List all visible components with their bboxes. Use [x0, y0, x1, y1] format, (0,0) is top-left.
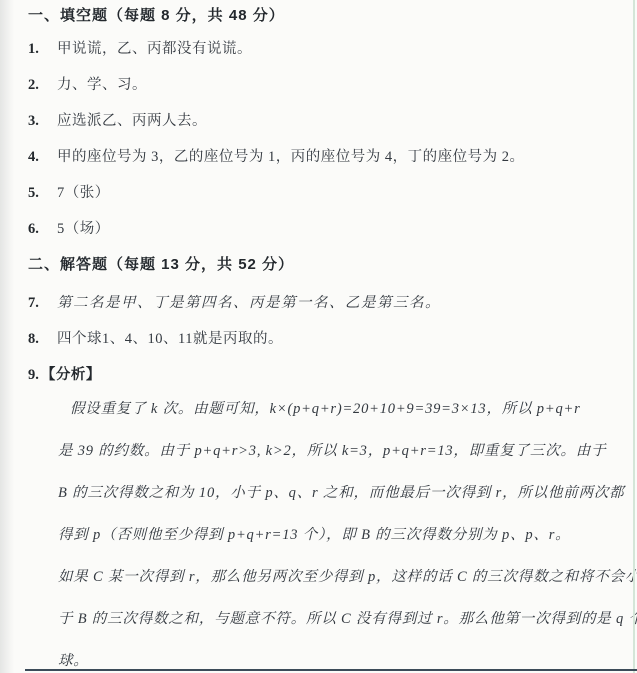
question-answer-text: 甲说谎，乙、丙都没有说谎。: [57, 39, 252, 59]
question-number: 6.: [28, 219, 57, 239]
question-row-9: 9. 【分析】: [28, 365, 607, 385]
question-number: 2.: [28, 75, 57, 95]
question-row-8: 8. 四个球1、4、10、11就是丙取的。: [28, 329, 607, 349]
question-number: 5.: [28, 183, 57, 203]
analysis-label: 【分析】: [41, 365, 101, 385]
question-answer-text: 5（场）: [57, 219, 110, 239]
analysis-line: 于 B 的三次得数之和，与题意不符。所以 C 没有得到过 r。那么他第一次得到的…: [58, 609, 607, 629]
question-answer-text: 四个球1、4、10、11就是丙取的。: [57, 329, 283, 349]
analysis-line: B 的三次得数之和为 10，小于 p、q、r 之和，而他最后一次得到 r，所以他…: [58, 483, 607, 503]
analysis-line: 如果 C 某一次得到 r，那么他另两次至少得到 p，这样的话 C 的三次得数之和…: [58, 567, 607, 587]
question-row-7: 7. 第二名是甲、丁是第四名、丙是第一名、乙是第三名。: [28, 293, 607, 313]
section2-heading: 二、解答题（每题 13 分，共 52 分）: [28, 255, 607, 275]
bottom-rule: [25, 669, 637, 671]
question-row-5: 5. 7（张）: [28, 183, 607, 203]
question-answer-text: 甲的座位号为 3，乙的座位号为 1，丙的座位号为 4，丁的座位号为 2。: [57, 147, 525, 167]
document-content: 一、填空题（每题 8 分，共 48 分） 1. 甲说谎，乙、丙都没有说谎。 2.…: [0, 0, 637, 671]
question-number: 3.: [28, 111, 57, 131]
question-row-1: 1. 甲说谎，乙、丙都没有说谎。: [28, 39, 607, 59]
scanned-answer-sheet: 一、填空题（每题 8 分，共 48 分） 1. 甲说谎，乙、丙都没有说谎。 2.…: [0, 0, 637, 673]
question-row-6: 6. 5（场）: [28, 219, 607, 239]
analysis-paragraph: 假设重复了 k 次。由题可知，k×(p+q+r)=20+10+9=39=3×13…: [58, 399, 607, 671]
question-number: 4.: [28, 147, 57, 167]
question-row-2: 2. 力、学、习。: [28, 75, 607, 95]
question-answer-text: 应选派乙、丙两人去。: [57, 111, 207, 131]
question-number: 9.: [28, 365, 41, 385]
question-row-4: 4. 甲的座位号为 3，乙的座位号为 1，丙的座位号为 4，丁的座位号为 2。: [28, 147, 607, 167]
question-answer-text: 力、学、习。: [57, 75, 147, 95]
analysis-line: 是 39 的约数。由于 p+q+r>3, k>2，所以 k=3，p+q+r=13…: [58, 441, 607, 461]
analysis-line: 球。: [58, 651, 607, 671]
question-row-3: 3. 应选派乙、丙两人去。: [28, 111, 607, 131]
question-number: 1.: [28, 39, 57, 59]
analysis-line: 得到 p（否则他至少得到 p+q+r=13 个），即 B 的三次得数分别为 p、…: [58, 525, 607, 545]
question-number: 8.: [28, 329, 57, 349]
question-answer-text: 第二名是甲、丁是第四名、丙是第一名、乙是第三名。: [57, 293, 441, 313]
analysis-line: 假设重复了 k 次。由题可知，k×(p+q+r)=20+10+9=39=3×13…: [58, 399, 607, 419]
section1-heading: 一、填空题（每题 8 分，共 48 分）: [28, 6, 607, 26]
question-number: 7.: [28, 293, 57, 313]
question-answer-text: 7（张）: [57, 183, 110, 203]
